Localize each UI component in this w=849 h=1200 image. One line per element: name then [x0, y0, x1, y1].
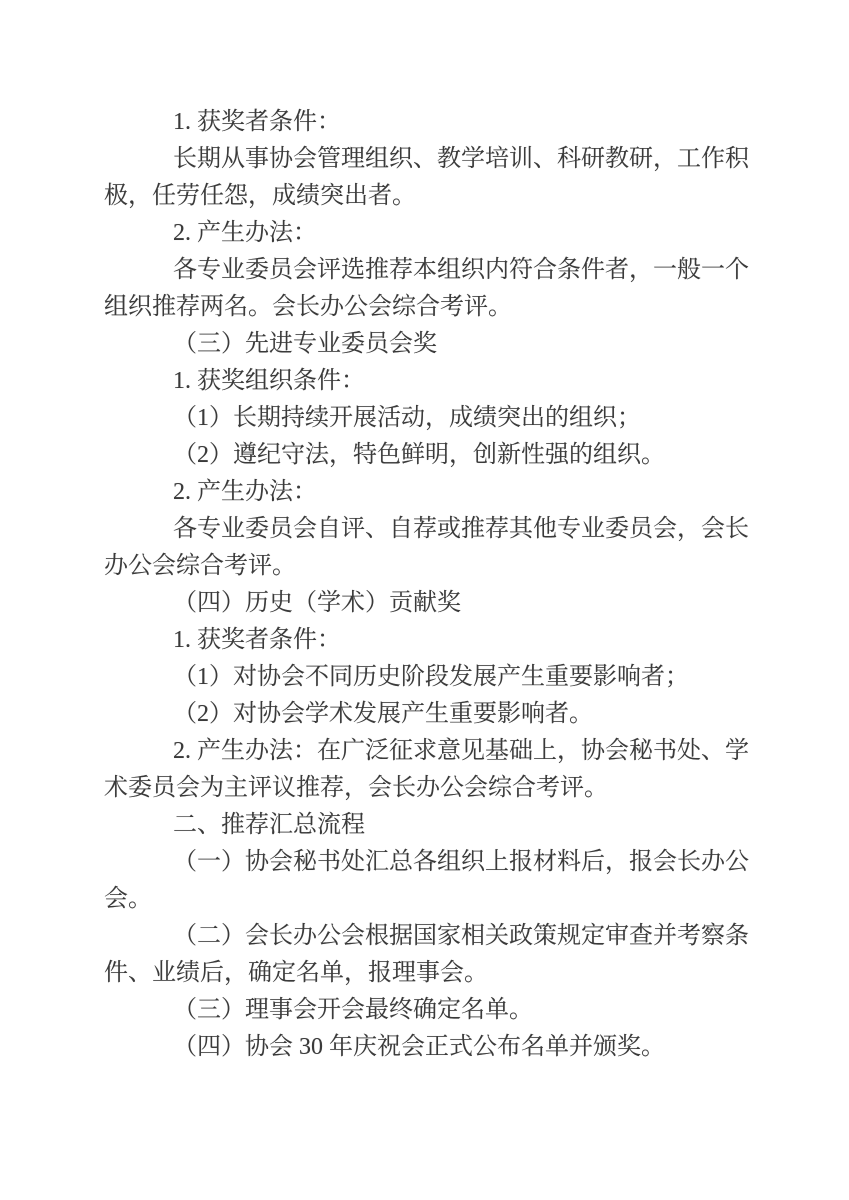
heading-award-4-history-academic-contribution: （四）历史（学术）贡献奖: [104, 585, 756, 622]
scanned-document-page: 1. 获奖者条件： 长期从事协会管理组织、教学培训、科研教研，工作积 极，任劳任…: [0, 0, 849, 1200]
heading-section-2-recommendation-process: 二、推荐汇总流程: [104, 807, 756, 844]
para-item2-selection-method-body-3: 2. 产生办法：在广泛征求意见基础上，协会秘书处、学 术委员会为主评议推荐，会长…: [104, 733, 756, 807]
para-item2-selection-method-label-2: 2. 产生办法：: [104, 474, 756, 511]
para-org-condition-1: （1）长期持续开展活动，成绩突出的组织；: [104, 400, 756, 437]
para-item2-selection-method-label: 2. 产生办法：: [104, 215, 756, 252]
para-winner-condition-1: （1）对协会不同历史阶段发展产生重要影响者；: [104, 659, 756, 696]
para-org-condition-2: （2）遵纪守法，特色鲜明，创新性强的组织。: [104, 437, 756, 474]
para-process-step-4: （四）协会 30 年庆祝会正式公布名单并颁奖。: [104, 1029, 756, 1066]
para-process-step-3: （三）理事会开会最终确定名单。: [104, 992, 756, 1029]
para-item1-org-conditions-label: 1. 获奖组织条件：: [104, 363, 756, 400]
para-winner-condition-2: （2）对协会学术发展产生重要影响者。: [104, 696, 756, 733]
heading-award-3-advanced-committee: （三）先进专业委员会奖: [104, 326, 756, 363]
para-selection-method-body-2: 各专业委员会自评、自荐或推荐其他专业委员会，会长 办公会综合考评。: [104, 511, 756, 585]
para-item1-winner-conditions-label-2: 1. 获奖者条件：: [104, 622, 756, 659]
para-process-step-1: （一）协会秘书处汇总各组织上报材料后，报会长办公 会。: [104, 844, 756, 918]
para-process-step-2: （二）会长办公会根据国家相关政策规定审查并考察条 件、业绩后，确定名单，报理事会…: [104, 918, 756, 992]
para-selection-method-body: 各专业委员会评选推荐本组织内符合条件者，一般一个 组织推荐两名。会长办公会综合考…: [104, 252, 756, 326]
para-item1-winner-conditions-label: 1. 获奖者条件：: [104, 104, 756, 141]
para-winner-conditions-body: 长期从事协会管理组织、教学培训、科研教研，工作积 极，任劳任怨，成绩突出者。: [104, 141, 756, 215]
document-text-block: 1. 获奖者条件： 长期从事协会管理组织、教学培训、科研教研，工作积 极，任劳任…: [104, 104, 756, 1066]
